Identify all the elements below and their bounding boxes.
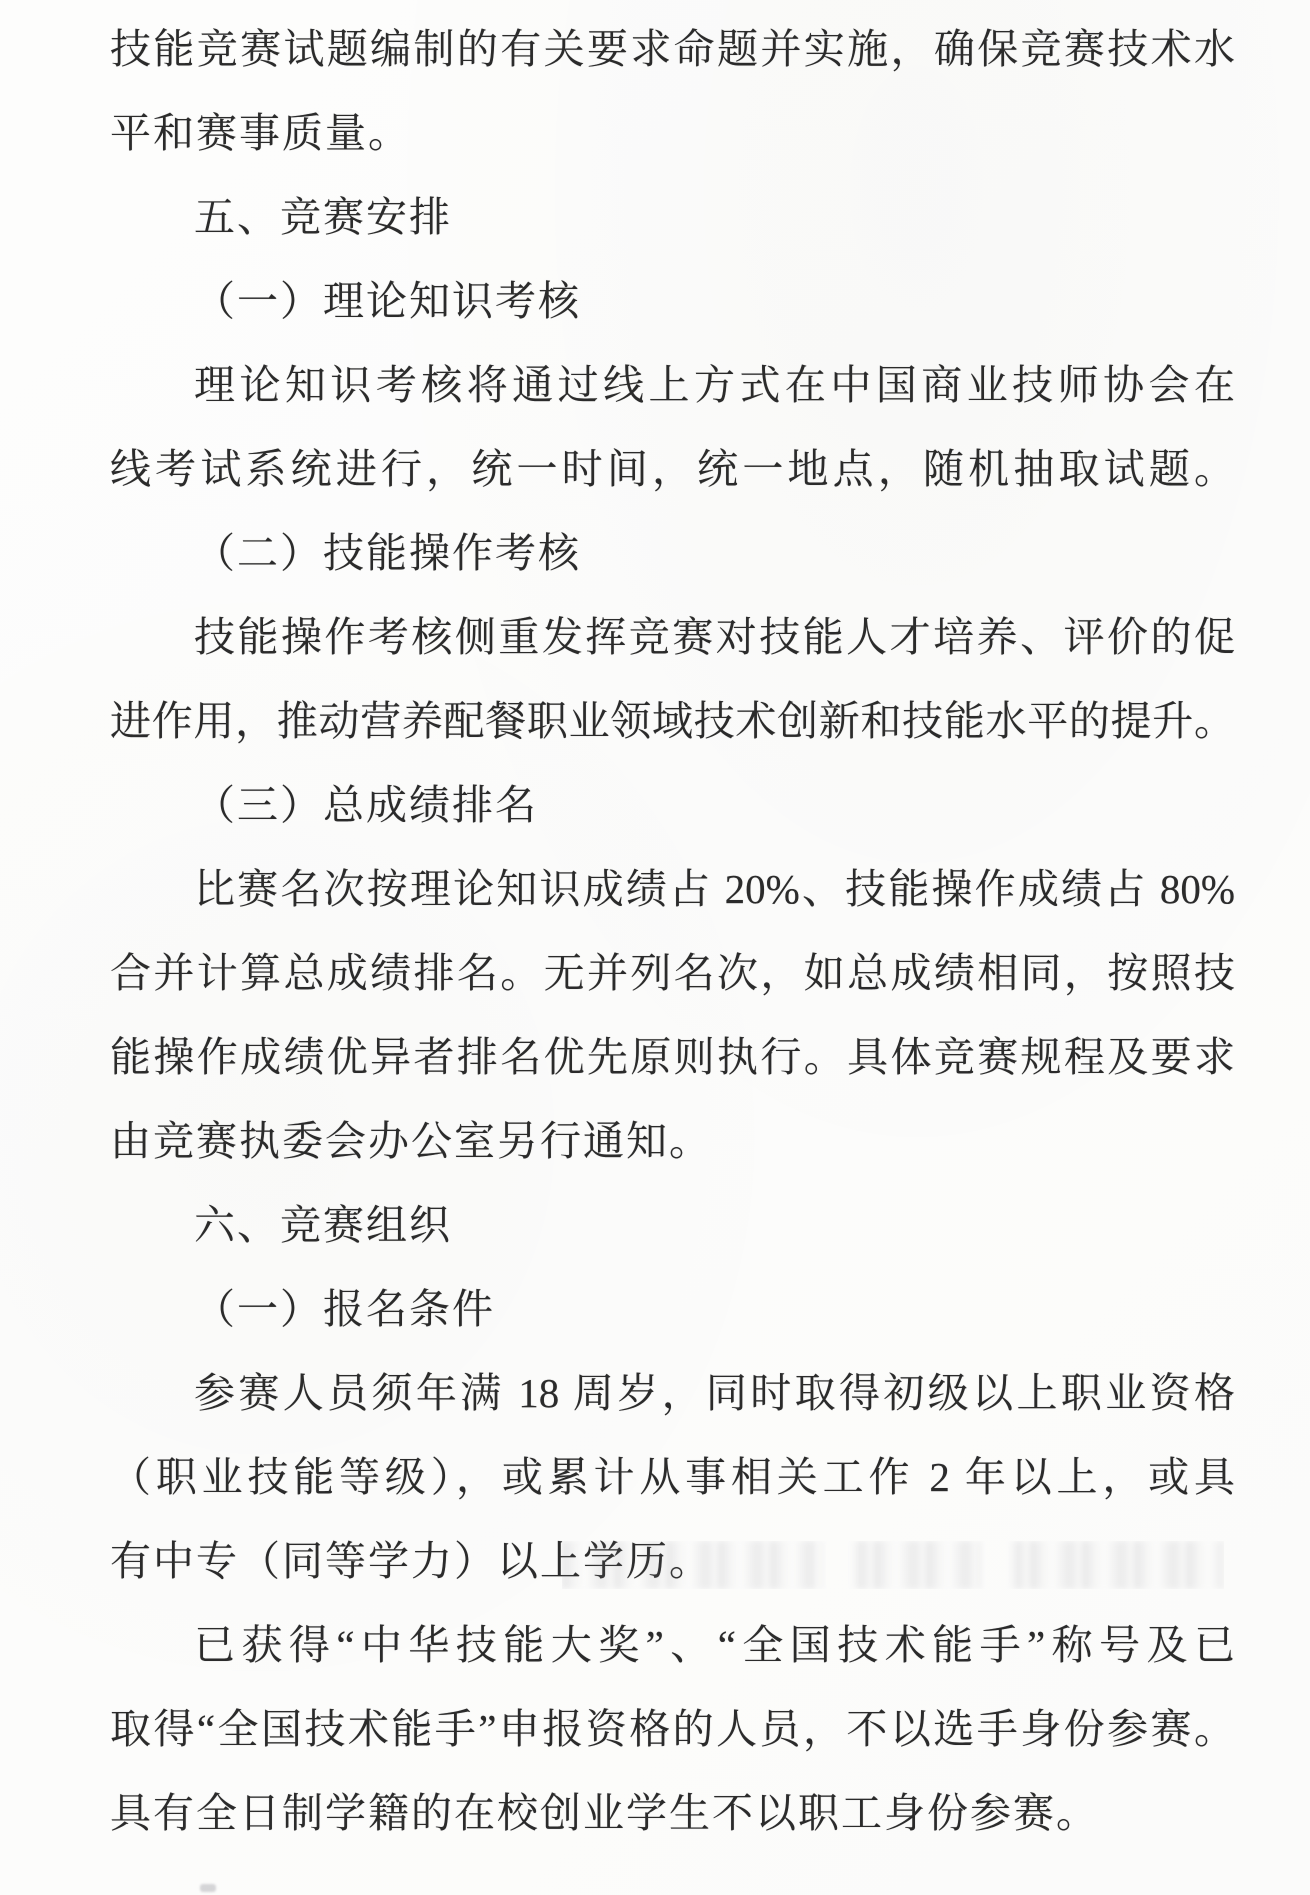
body-line: 合并计算总成绩排名。无并列名次，如总成绩相同，按照技 <box>110 931 1235 1015</box>
body-line: 由竞赛执委会办公室另行通知。 <box>110 1099 1235 1183</box>
body-line: 比赛名次按理论知识成绩占 20%、技能操作成绩占 80% <box>110 847 1235 931</box>
body-line: 具有全日制学籍的在校创业学生不以职工身份参赛。 <box>110 1771 1235 1855</box>
scanned-document-page: 技能竞赛试题编制的有关要求命题并实施，确保竞赛技术水 平和赛事质量。 五、竞赛安… <box>0 0 1310 1895</box>
body-line: 线考试系统进行，统一时间，统一地点，随机抽取试题。 <box>110 427 1235 511</box>
section-heading: 五、竞赛安排 <box>110 175 1235 259</box>
subsection-heading: （二）技能操作考核 <box>110 511 1235 595</box>
body-line: 参赛人员须年满 18 周岁，同时取得初级以上职业资格 <box>110 1351 1235 1435</box>
subsection-heading: （三）总成绩排名 <box>110 763 1235 847</box>
body-line: （职业技能等级），或累计从事相关工作 2 年以上，或具 <box>110 1435 1235 1519</box>
body-line: 技能操作考核侧重发挥竞赛对技能人才培养、评价的促 <box>110 595 1235 679</box>
body-line: 技能竞赛试题编制的有关要求命题并实施，确保竞赛技术水 <box>110 7 1235 91</box>
body-line: 进作用，推动营养配餐职业领域技术创新和技能水平的提升。 <box>110 679 1235 763</box>
body-line: 能操作成绩优异者排名优先原则执行。具体竞赛规程及要求 <box>110 1015 1235 1099</box>
body-line: 平和赛事质量。 <box>110 91 1235 175</box>
subsection-heading: （一）理论知识考核 <box>110 259 1235 343</box>
body-line: 理论知识考核将通过线上方式在中国商业技师协会在 <box>110 343 1235 427</box>
body-line: 已获得“中华技能大奖”、“全国技术能手”称号及已 <box>110 1603 1235 1687</box>
body-line: 取得“全国技术能手”申报资格的人员，不以选手身份参赛。 <box>110 1687 1235 1771</box>
ink-bleedthrough-artifact <box>562 1541 1224 1589</box>
section-heading: 六、竞赛组织 <box>110 1183 1235 1267</box>
subsection-heading: （一）报名条件 <box>110 1267 1235 1351</box>
scan-speck-artifact <box>200 1884 216 1892</box>
